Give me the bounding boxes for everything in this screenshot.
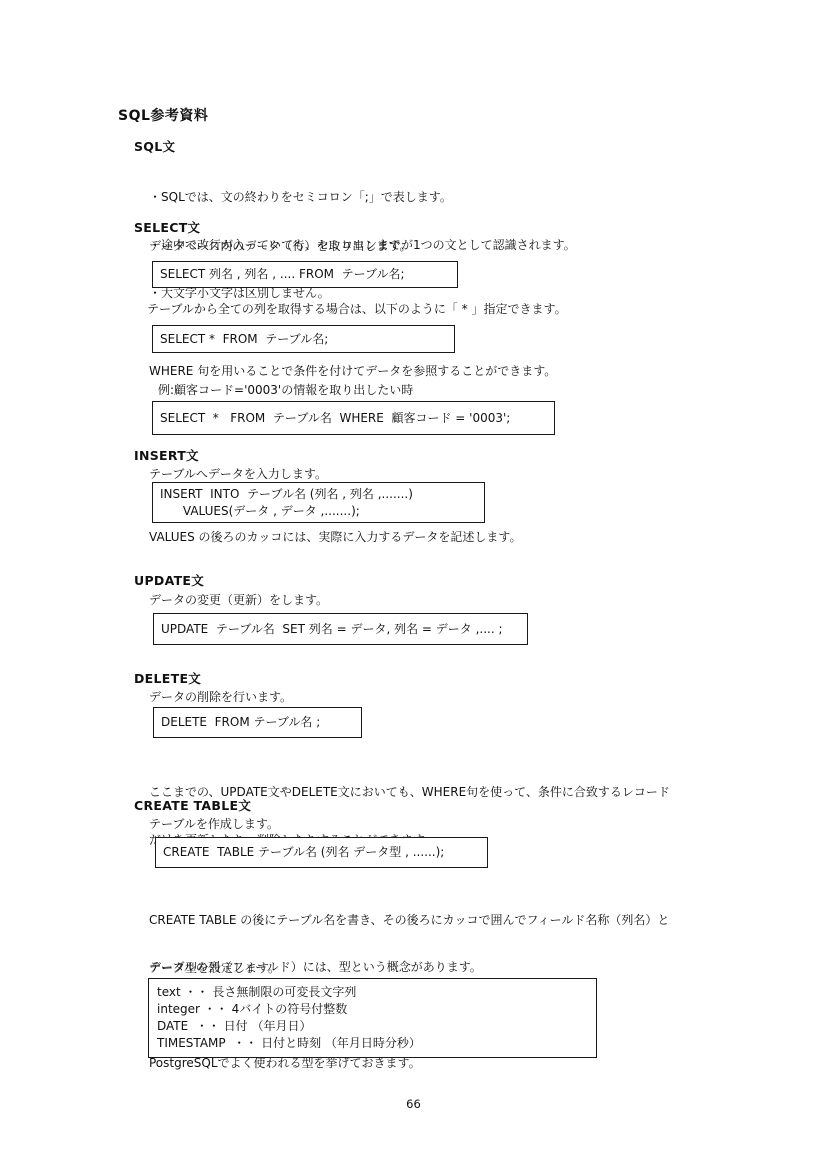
code-line: SELECT 列名 , 列名 , .... FROM テーブル名; — [160, 266, 450, 283]
code-line: SELECT * FROM テーブル名 WHERE 顧客コード = '0003'… — [160, 410, 547, 427]
code-line: text ・・ 長さ無制限の可変長文字列 — [157, 984, 588, 1001]
select-where-note: WHERE 句を用いることで条件を付けてデータを参照することができます。 — [149, 363, 556, 379]
document-title: SQL参考資料 — [118, 108, 208, 124]
delete-description: データの削除を行います。 — [149, 689, 292, 705]
code-box-delete: DELETE FROM テーブル名 ; — [153, 707, 362, 738]
code-line: VALUES(データ , データ ,.......); — [160, 503, 477, 520]
note-line: CREATE TABLE の後にテーブル名を書き、その後ろにカッコで囲んでフィー… — [149, 912, 669, 928]
code-box-select-basic: SELECT 列名 , 列名 , .... FROM テーブル名; — [152, 261, 458, 288]
code-box-select-asterisk: SELECT * FROM テーブル名; — [152, 325, 455, 353]
code-line: CREATE TABLE テーブル名 (列名 データ型 , ......); — [163, 844, 480, 861]
code-line: TIMESTAMP ・・ 日付と時刻 （年月日時分秒） — [157, 1035, 588, 1052]
section-heading-select: SELECT文 — [134, 220, 200, 236]
code-box-types: text ・・ 長さ無制限の可変長文字列 integer ・・ 4バイトの符号付… — [148, 978, 597, 1058]
code-box-insert: INSERT INTO テーブル名 (列名 , 列名 ,.......) VAL… — [152, 482, 485, 523]
code-line: integer ・・ 4バイトの符号付整数 — [157, 1001, 588, 1018]
code-box-create-table: CREATE TABLE テーブル名 (列名 データ型 , ......); — [155, 837, 488, 868]
code-line: DATE ・・ 日付 （年月日） — [157, 1018, 588, 1035]
page-number: 66 — [0, 1097, 827, 1111]
select-description: データベース内のデータ（行）を取り出します。 — [149, 238, 411, 254]
code-line: UPDATE テーブル名 SET 列名 = データ, 列名 = データ ,...… — [161, 621, 520, 638]
section-heading-delete: DELETE文 — [134, 671, 201, 687]
note-line: テーブルの列（フィールド）には、型という概念があります。 — [149, 959, 579, 975]
document-page: SQL参考資料 SQL文 ・SQLでは、文の終わりをセミコロン「;」で表します。… — [0, 0, 827, 1169]
code-line: INSERT INTO テーブル名 (列名 , 列名 ,.......) — [160, 486, 477, 503]
code-line: DELETE FROM テーブル名 ; — [161, 714, 354, 731]
insert-note: VALUES の後ろのカッコには、実際に入力するデータを記述します。 — [149, 529, 521, 545]
bullet-item: ・SQLでは、文の終わりをセミコロン「;」で表します。 — [149, 189, 576, 205]
create-description: テーブルを作成します。 — [149, 816, 279, 832]
code-box-select-where: SELECT * FROM テーブル名 WHERE 顧客コード = '0003'… — [152, 401, 555, 435]
select-where-example: 例:顧客コード='0003'の情報を取り出したい時 — [158, 382, 413, 398]
select-all-columns-note: テーブルから全ての列を取得する場合は、以下のように「 * 」指定できます。 — [147, 301, 567, 317]
update-description: データの変更（更新）をします。 — [149, 592, 328, 608]
section-heading-insert: INSERT文 — [134, 448, 199, 464]
code-line: SELECT * FROM テーブル名; — [160, 331, 447, 348]
insert-description: テーブルへデータを入力します。 — [149, 466, 327, 482]
code-box-update: UPDATE テーブル名 SET 列名 = データ, 列名 = データ ,...… — [153, 613, 528, 645]
section-heading-sql: SQL文 — [134, 139, 175, 155]
section-heading-create-table: CREATE TABLE文 — [134, 798, 251, 814]
section-heading-update: UPDATE文 — [134, 573, 204, 589]
